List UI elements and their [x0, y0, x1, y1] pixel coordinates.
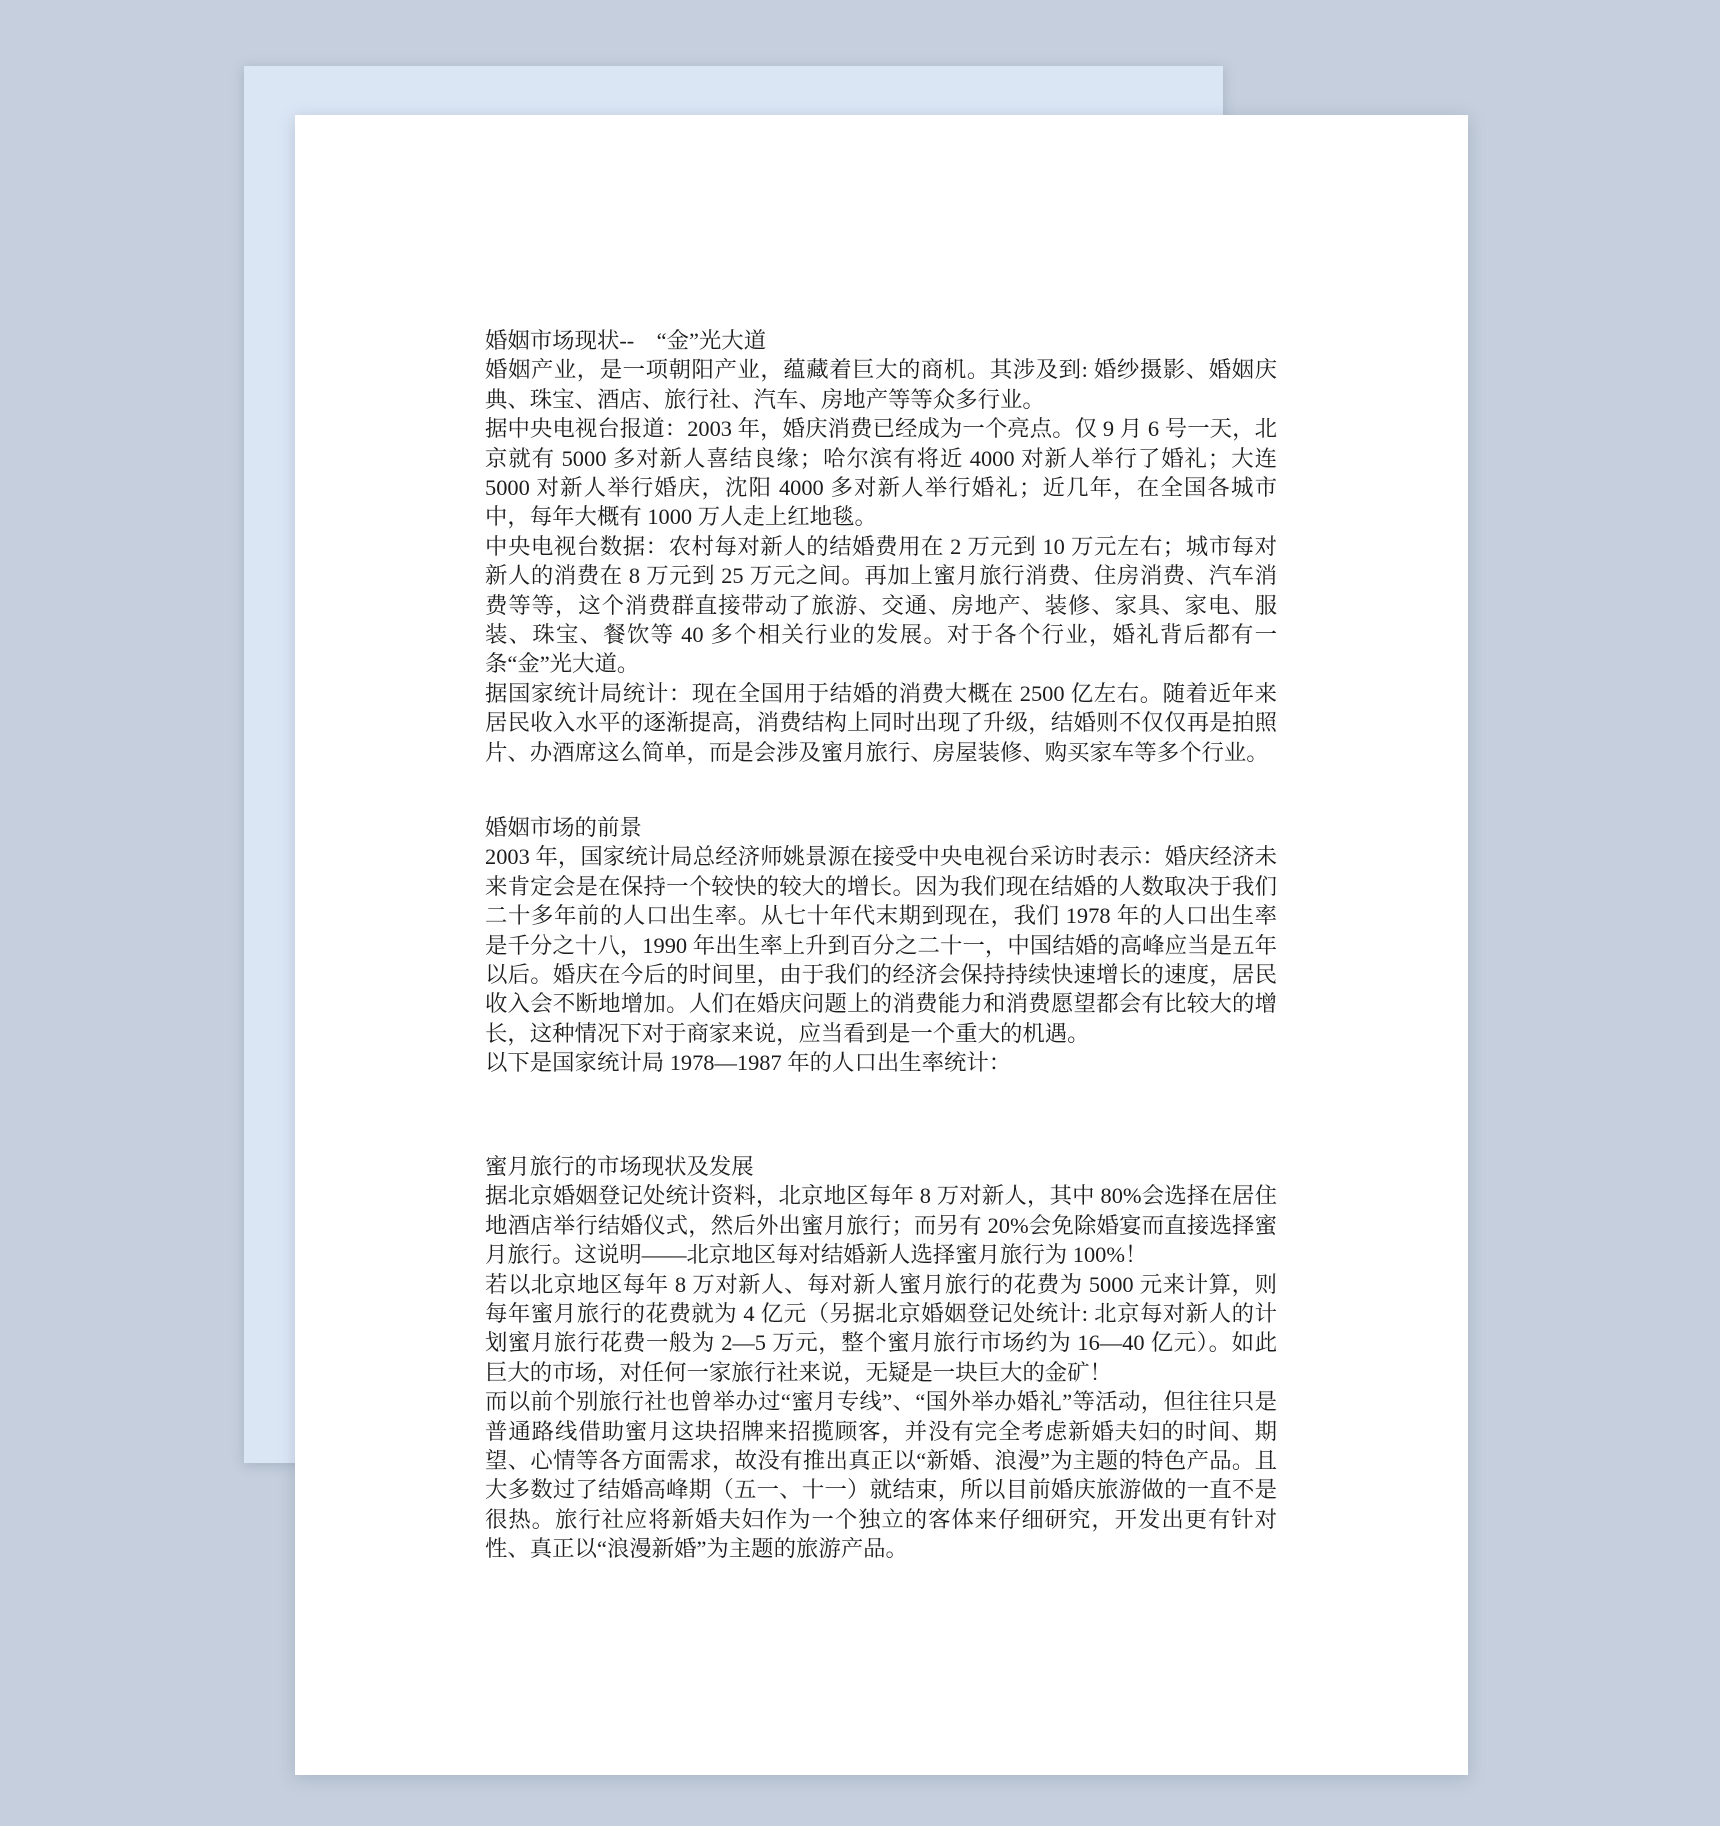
document-page: 婚姻市场现状-- “金”光大道 婚姻产业，是一项朝阳产业，蕴藏着巨大的商机。其涉…: [295, 115, 1468, 1775]
canvas-background: 婚姻市场现状-- “金”光大道 婚姻产业，是一项朝阳产业，蕴藏着巨大的商机。其涉…: [0, 0, 1720, 1826]
paragraph: 2003 年，国家统计局总经济师姚景源在接受中央电视台采访时表示：婚庆经济未来肯…: [485, 842, 1277, 1048]
section-title: 蜜月旅行的市场现状及发展: [485, 1152, 1277, 1181]
paragraph: 若以北京地区每年 8 万对新人、每对新人蜜月旅行的花费为 5000 元来计算，则…: [485, 1270, 1277, 1388]
section-marriage-market-outlook: 婚姻市场的前景 2003 年，国家统计局总经济师姚景源在接受中央电视台采访时表示…: [485, 813, 1277, 1078]
section-title: 婚姻市场的前景: [485, 813, 1277, 842]
paragraph: 据中央电视台报道：2003 年，婚庆消费已经成为一个亮点。仅 9 月 6 号一天…: [485, 414, 1277, 532]
paragraph: 据北京婚姻登记处统计资料，北京地区每年 8 万对新人，其中 80%会选择在居住地…: [485, 1181, 1277, 1269]
paragraph: 婚姻产业，是一项朝阳产业，蕴藏着巨大的商机。其涉及到: 婚纱摄影、婚姻庆典、珠宝…: [485, 355, 1277, 414]
section-title: 婚姻市场现状-- “金”光大道: [485, 326, 1277, 355]
section-marriage-market-status: 婚姻市场现状-- “金”光大道 婚姻产业，是一项朝阳产业，蕴藏着巨大的商机。其涉…: [485, 326, 1277, 767]
paragraph: 中央电视台数据：农村每对新人的结婚费用在 2 万元到 10 万元左右；城市每对新…: [485, 532, 1277, 679]
paragraph: 以下是国家统计局 1978—1987 年的人口出生率统计：: [485, 1048, 1277, 1077]
paragraph: 据国家统计局统计：现在全国用于结婚的消费大概在 2500 亿左右。随着近年来居民…: [485, 679, 1277, 767]
paragraph: 而以前个别旅行社也曾举办过“蜜月专线”、“国外举办婚礼”等活动，但往往只是普通路…: [485, 1387, 1277, 1563]
section-honeymoon-travel-market: 蜜月旅行的市场现状及发展 据北京婚姻登记处统计资料，北京地区每年 8 万对新人，…: [485, 1152, 1277, 1564]
